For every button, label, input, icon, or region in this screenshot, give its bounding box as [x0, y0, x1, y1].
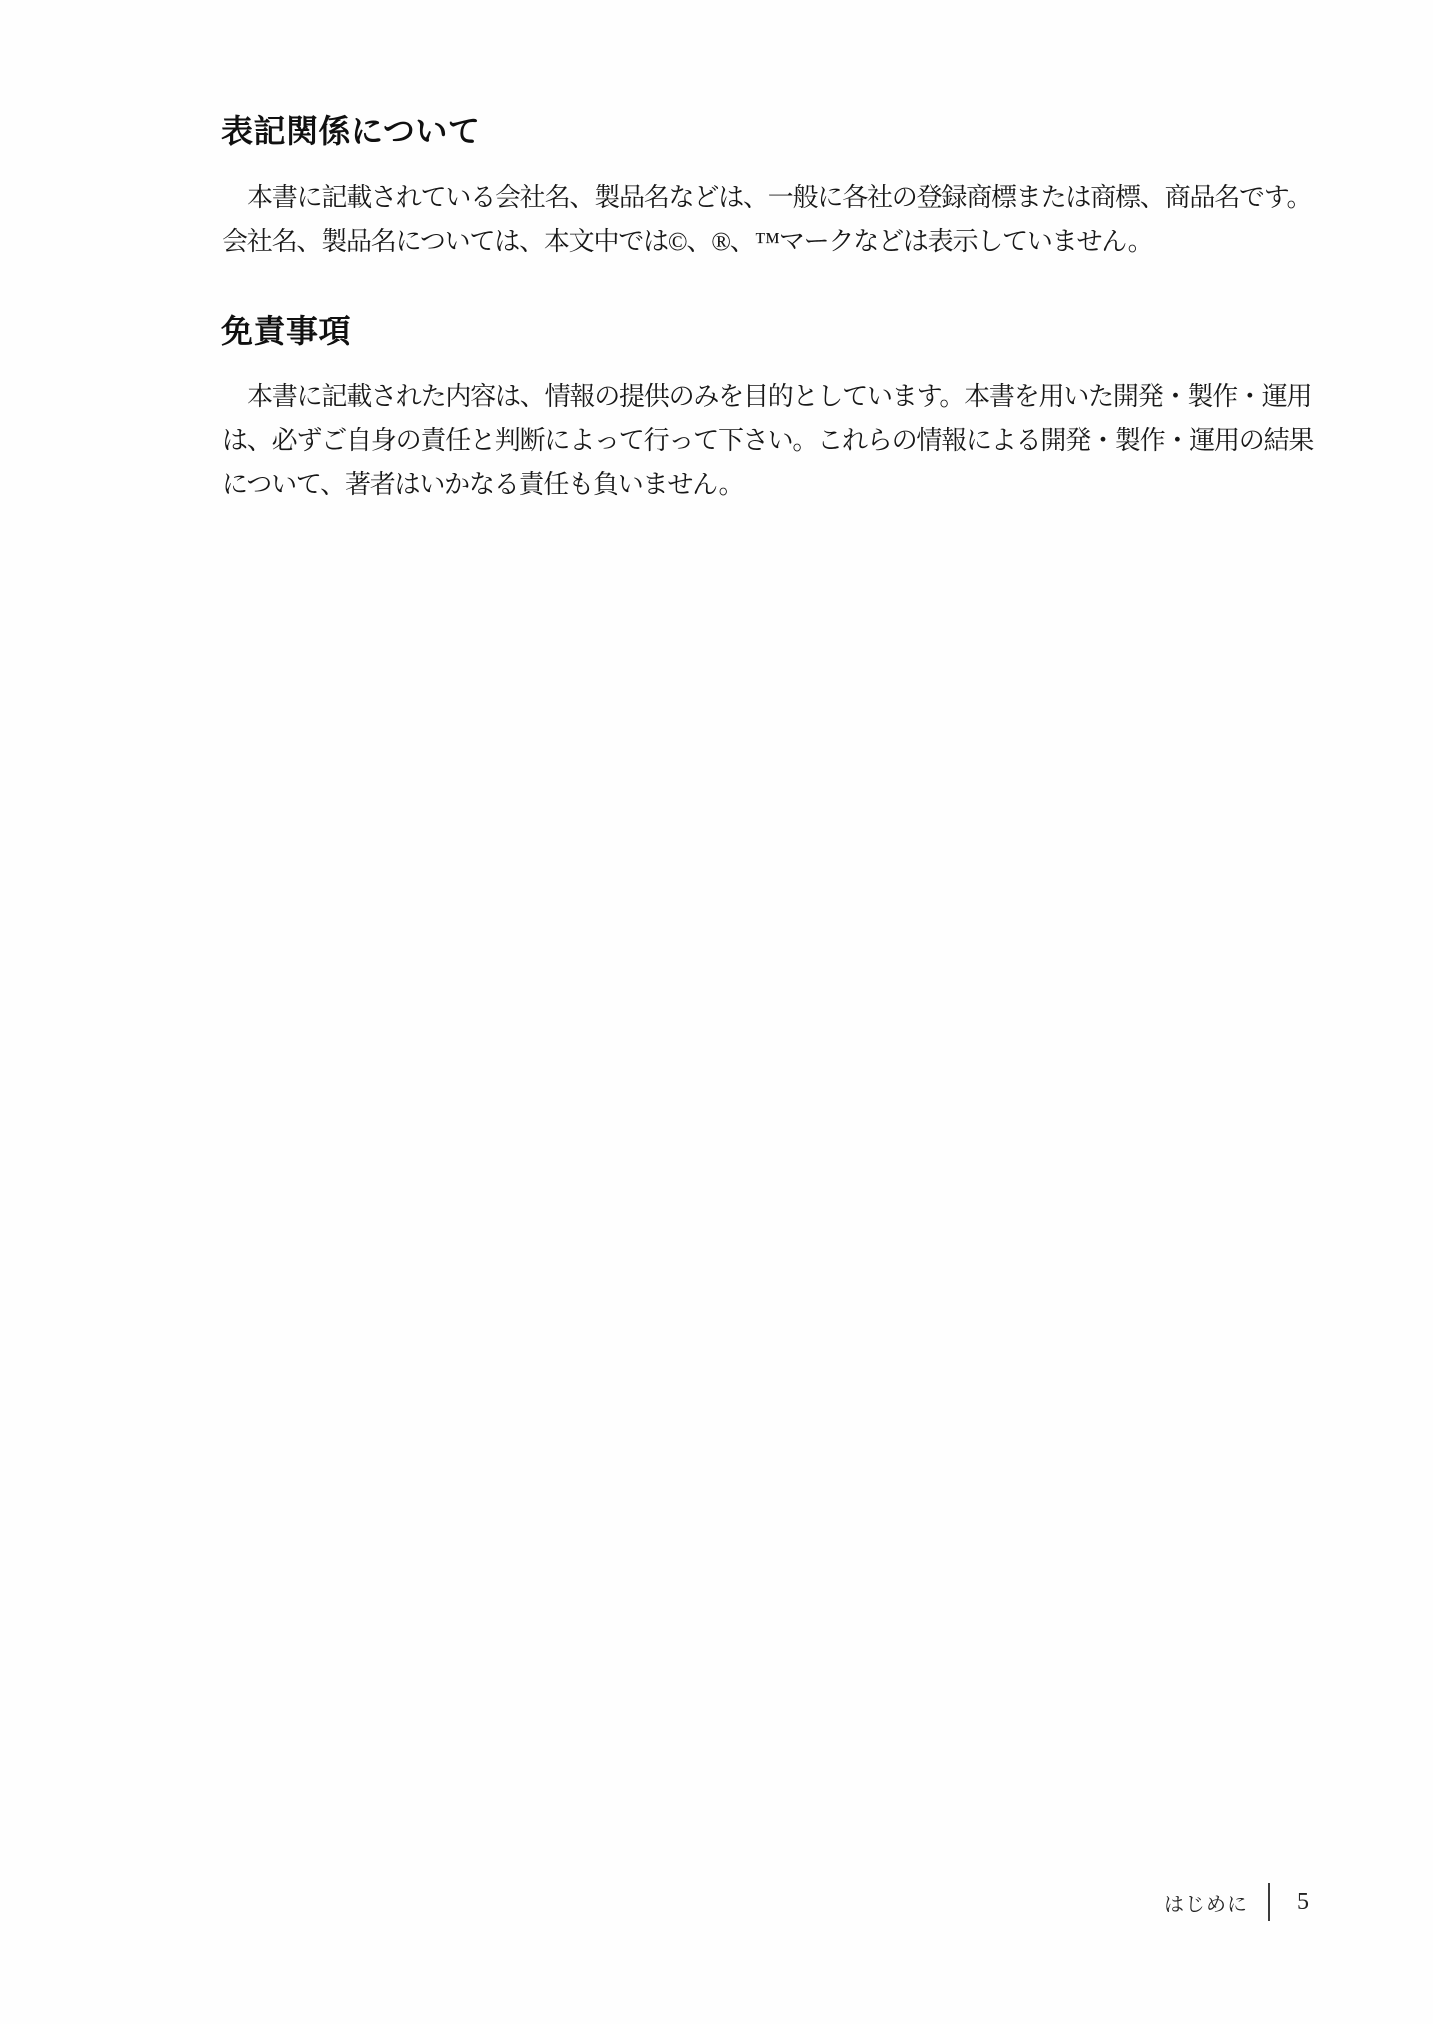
text-line: 会社名、製品名については、本文中では©、®、™マークなどは表示していません。	[222, 220, 1352, 264]
document-page: 表記関係について 本書に記載されている会社名、製品名などは、一般に各社の登録商標…	[0, 0, 1433, 2024]
footer-divider	[1268, 1883, 1270, 1921]
text-line: 本書に記載されている会社名、製品名などは、一般に各社の登録商標または商標、商品名…	[222, 176, 1352, 220]
text-line: 本書に記載された内容は、情報の提供のみを目的としています。本書を用いた開発・製作…	[222, 375, 1352, 419]
text-line: は、必ずご自身の責任と判断によって行って下さい。これらの情報による開発・製作・運…	[222, 419, 1352, 463]
section-heading-notation: 表記関係について	[221, 113, 480, 150]
page-footer: はじめに 5	[1164, 1883, 1309, 1921]
footer-section-label: はじめに	[1164, 1888, 1248, 1917]
section-heading-disclaimer: 免責事項	[221, 313, 351, 350]
text-line: について、著者はいかなる責任も負いません。	[222, 463, 1352, 507]
footer-page-number: 5	[1297, 1889, 1309, 1916]
paragraph-disclaimer: 本書に記載された内容は、情報の提供のみを目的としています。本書を用いた開発・製作…	[222, 375, 1352, 507]
paragraph-notation: 本書に記載されている会社名、製品名などは、一般に各社の登録商標または商標、商品名…	[222, 176, 1352, 264]
